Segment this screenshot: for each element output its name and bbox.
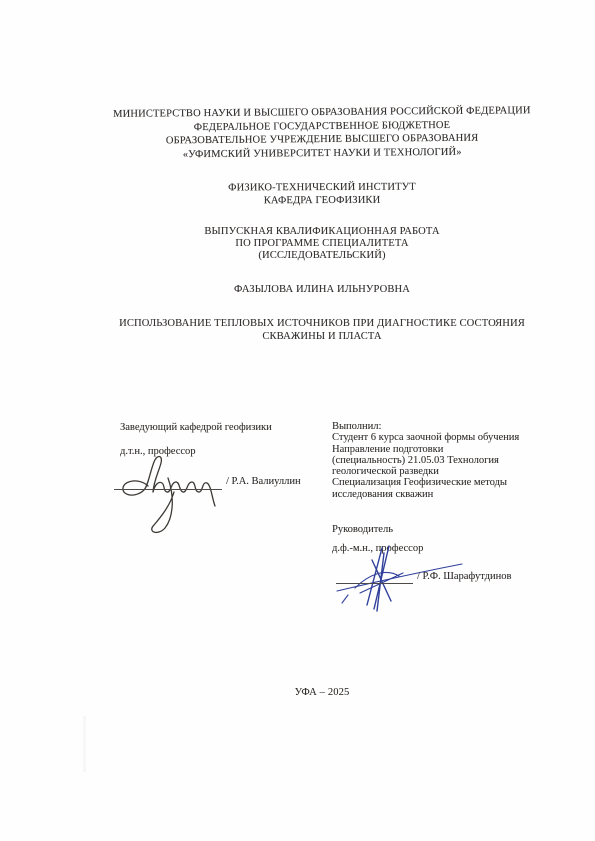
- head-position: Заведующий кафедрой геофизики: [120, 422, 272, 433]
- thesis-title-line: ИСПОЛЬЗОВАНИЕ ТЕПЛОВЫХ ИСТОЧНИКОВ ПРИ ДИ…: [52, 317, 592, 330]
- performer-line: исследования скважин: [332, 489, 542, 500]
- head-signature-line: [114, 489, 222, 490]
- performer-line: (специальность) 21.05.03 Технология: [332, 455, 542, 466]
- thesis-title-line: СКВАЖИНЫ И ПЛАСТА: [52, 330, 592, 343]
- work-type-line: ПО ПРОГРАММЕ СПЕЦИАЛИТЕТА: [52, 238, 592, 250]
- head-signature-name: / Р.А. Валиуллин: [226, 476, 301, 487]
- performer-label: Выполнил:: [332, 421, 542, 432]
- performer-line: Направление подготовки: [332, 444, 542, 455]
- supervisor-signature-name: / Р.Ф. Шарафутдинов: [417, 571, 511, 582]
- institute-block: ФИЗИКО-ТЕХНИЧЕСКИЙ ИНСТИТУТ КАФЕДРА ГЕОФ…: [52, 181, 592, 208]
- performer-line: геологической разведки: [332, 466, 542, 477]
- supervisor-signature-line: [336, 583, 413, 584]
- city-year: УФА – 2025: [52, 687, 592, 698]
- ministry-header: МИНИСТЕРСТВО НАУКИ И ВЫСШЕГО ОБРАЗОВАНИЯ…: [52, 104, 592, 163]
- author-name: ФАЗЫЛОВА ИЛИНА ИЛЬНУРОВНА: [52, 284, 592, 295]
- supervisor-label: Руководитель: [332, 524, 393, 535]
- work-type-line: ВЫПУСКНАЯ КВАЛИФИКАЦИОННАЯ РАБОТА: [52, 226, 592, 238]
- performer-block: Выполнил: Студент 6 курса заочной формы …: [332, 421, 542, 500]
- performer-line: Студент 6 курса заочной формы обучения: [332, 432, 542, 443]
- head-signature: [118, 450, 230, 535]
- work-type-block: ВЫПУСКНАЯ КВАЛИФИКАЦИОННАЯ РАБОТА ПО ПРО…: [52, 226, 592, 262]
- scanned-title-page: МИНИСТЕРСТВО НАУКИ И ВЫСШЕГО ОБРАЗОВАНИЯ…: [0, 0, 595, 841]
- performer-line: Специализация Геофизические методы: [332, 477, 542, 488]
- scan-artifact: [83, 716, 86, 772]
- department-name: КАФЕДРА ГЕОФИЗИКИ: [52, 193, 592, 208]
- thesis-title: ИСПОЛЬЗОВАНИЕ ТЕПЛОВЫХ ИСТОЧНИКОВ ПРИ ДИ…: [52, 317, 592, 343]
- work-type-line: (ИССЛЕДОВАТЕЛЬСКИЙ): [52, 250, 592, 262]
